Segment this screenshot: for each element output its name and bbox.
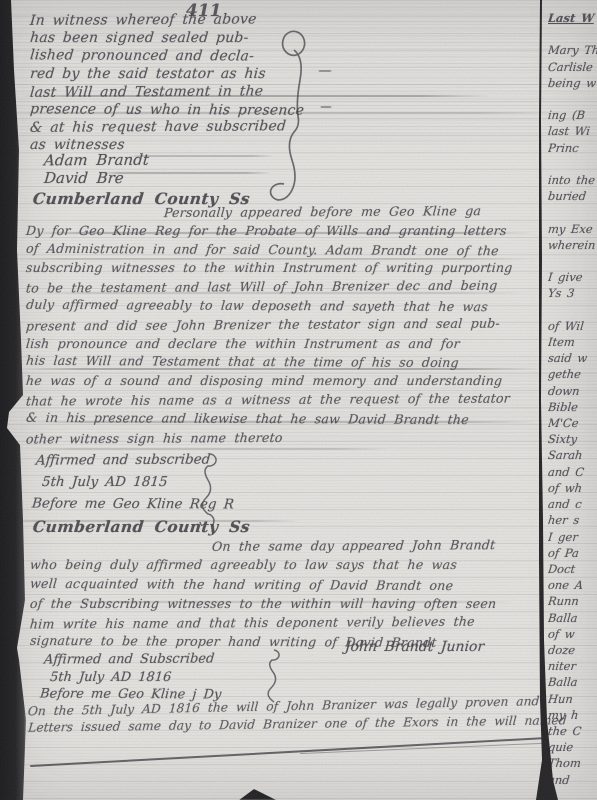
partial-handwritten-line: Hun bbox=[548, 691, 597, 707]
handwritten-line: his last Will and Testament that at the … bbox=[25, 352, 513, 373]
pen-dash bbox=[318, 70, 332, 72]
handwritten-line: of the Subscribing witnesses to the with… bbox=[29, 594, 497, 613]
partial-handwritten-line: of wh bbox=[548, 480, 597, 496]
deposition-adam-brandt: Personally appeared before me Geo Kline … bbox=[26, 203, 513, 447]
deposition-john-brandt: On the same day appeared John Brandtwho … bbox=[30, 536, 496, 652]
handwritten-line: & at his request have subscribed bbox=[29, 119, 305, 139]
partial-handwritten-line: Last W bbox=[548, 10, 597, 26]
handwritten-line: Personally appeared before me Geo Kline … bbox=[163, 202, 513, 223]
handwritten-line: well acquainted with the hand writing of… bbox=[29, 573, 497, 595]
partial-handwritten-line: of Pa bbox=[548, 545, 597, 561]
partial-handwritten-line: Bible bbox=[548, 399, 597, 415]
partial-handwritten-line: Balla bbox=[548, 674, 597, 690]
handwritten-line: & in his presence and likewise that he s… bbox=[25, 408, 513, 429]
partial-handwritten-line: down bbox=[548, 383, 597, 399]
attestation-paragraph: In witness whereof the abovehas been sig… bbox=[30, 12, 304, 155]
handwritten-line: subscribing witnesses to the within Inst… bbox=[25, 259, 513, 278]
partial-handwritten-line bbox=[548, 253, 597, 269]
handwritten-line: On the same day appeared John Brandt bbox=[211, 535, 497, 556]
handwritten-line: has been signed sealed pub- bbox=[29, 30, 305, 48]
handwritten-line: Before me Geo Kline Reg R bbox=[31, 492, 235, 515]
witness-signatures: Adam BrandtDavid Bre bbox=[44, 152, 149, 187]
probate-grant-note: On the 5th July AD 1816 the will of John… bbox=[28, 694, 567, 737]
handwritten-line: 5th July AD 1816 bbox=[49, 669, 222, 687]
handwritten-line: 5th July AD 1815 bbox=[41, 471, 235, 493]
partial-handwritten-line: and C bbox=[548, 464, 597, 480]
partial-handwritten-line: quie bbox=[548, 739, 597, 755]
handwritten-line: Dy for Geo Kline Reg for the Probate of … bbox=[25, 222, 513, 241]
handwritten-line: In witness whereof the above bbox=[29, 11, 305, 31]
partial-handwritten-line: into the bbox=[548, 172, 597, 188]
partial-handwritten-line: Sarah bbox=[548, 447, 597, 463]
next-page-edge: Last W Mary ThCarlislebeing w ing (Blast… bbox=[548, 10, 597, 798]
partial-handwritten-line: Runn bbox=[548, 593, 597, 609]
handwritten-line: he was of a sound and disposing mind mem… bbox=[25, 372, 513, 391]
partial-handwritten-line: Carlisle bbox=[548, 59, 597, 75]
handwritten-line: other witness sign his name thereto bbox=[25, 427, 513, 449]
partial-handwritten-line bbox=[548, 156, 597, 172]
handwritten-line: of Administration in and for said County… bbox=[25, 239, 513, 260]
partial-handwritten-line bbox=[548, 204, 597, 220]
handwritten-line: red by the said testator as his bbox=[29, 66, 305, 84]
partial-handwritten-line: last Wi bbox=[548, 123, 597, 139]
handwritten-line: last Will and Testament in the bbox=[29, 83, 305, 103]
jurat-1815: Affirmed and subscribed5th July AD 1815B… bbox=[36, 449, 234, 515]
handwritten-line: duly affirmed agreeably to law deposeth … bbox=[25, 296, 513, 317]
partial-handwritten-line: Thom bbox=[548, 755, 597, 771]
partial-handwritten-line: Item bbox=[548, 334, 597, 350]
handwritten-line: who being duly affirmed agreeably to law… bbox=[29, 555, 497, 574]
partial-handwritten-line: and c bbox=[548, 496, 597, 512]
partial-handwritten-line bbox=[548, 302, 597, 318]
handwritten-line: lished pronounced and decla- bbox=[29, 47, 305, 66]
jurat-1816: Affirmed and Subscribed5th July AD 1816B… bbox=[44, 651, 221, 704]
partial-handwritten-line: M'Ce bbox=[548, 415, 597, 431]
partial-handwritten-line: Sixty bbox=[548, 431, 597, 447]
closing-rule-line bbox=[30, 737, 545, 767]
partial-handwritten-line: and bbox=[548, 772, 597, 788]
partial-handwritten-line: of w bbox=[548, 626, 597, 642]
partial-handwritten-line: the C bbox=[548, 723, 597, 739]
partial-handwritten-line: Mary Th bbox=[548, 42, 597, 58]
partial-handwritten-line: my h bbox=[548, 707, 597, 723]
scanned-document-page: 411 In witness whereof the abovehas been… bbox=[0, 0, 597, 800]
handwritten-line: lish pronounce and declare the within In… bbox=[25, 335, 513, 354]
partial-handwritten-line: Doct bbox=[548, 561, 597, 577]
partial-handwritten-line: doze bbox=[548, 642, 597, 658]
county-heading-2: Cumberland County Ss bbox=[32, 517, 251, 536]
partial-handwritten-line bbox=[548, 91, 597, 107]
signature-rule bbox=[128, 155, 274, 157]
partial-handwritten-line: said w bbox=[548, 350, 597, 366]
witness-signature: David Bre bbox=[43, 170, 149, 188]
partial-handwritten-line: Ys 3 bbox=[548, 285, 597, 301]
handwritten-line: presence of us who in his presence bbox=[29, 101, 305, 120]
handwritten-line: that he wrote his name as a witness at t… bbox=[25, 389, 513, 411]
partial-handwritten-line: being w bbox=[548, 75, 597, 91]
pen-dash bbox=[320, 106, 332, 108]
partial-handwritten-line: my Exe bbox=[548, 221, 597, 237]
ink-blot bbox=[236, 789, 276, 800]
partial-handwritten-line: wherein bbox=[548, 237, 597, 253]
deponent-signature: John Brandt Junior bbox=[344, 639, 485, 655]
handwritten-line: Affirmed and Subscribed bbox=[43, 650, 222, 669]
partial-handwritten-line bbox=[548, 26, 597, 42]
partial-handwritten-line: ing (B bbox=[548, 107, 597, 123]
partial-handwritten-line: of Wil bbox=[548, 318, 597, 334]
partial-handwritten-line: one A bbox=[548, 577, 597, 593]
partial-handwritten-line: I give bbox=[548, 269, 597, 285]
partial-handwritten-line: Princ bbox=[548, 140, 597, 156]
witness-signature: Adam Brandt bbox=[43, 152, 149, 170]
handwritten-line: Affirmed and subscribed bbox=[35, 448, 235, 471]
partial-handwritten-line: buried bbox=[548, 188, 597, 204]
partial-handwritten-line: gethe bbox=[548, 366, 597, 382]
binding-edge bbox=[0, 0, 28, 800]
partial-handwritten-line: her s bbox=[548, 512, 597, 528]
handwritten-line: present and did see John Brenizer the te… bbox=[25, 314, 513, 336]
partial-handwritten-line: Balla bbox=[548, 610, 597, 626]
partial-handwritten-line: I ger bbox=[548, 529, 597, 545]
partial-handwritten-line: niter bbox=[548, 658, 597, 674]
